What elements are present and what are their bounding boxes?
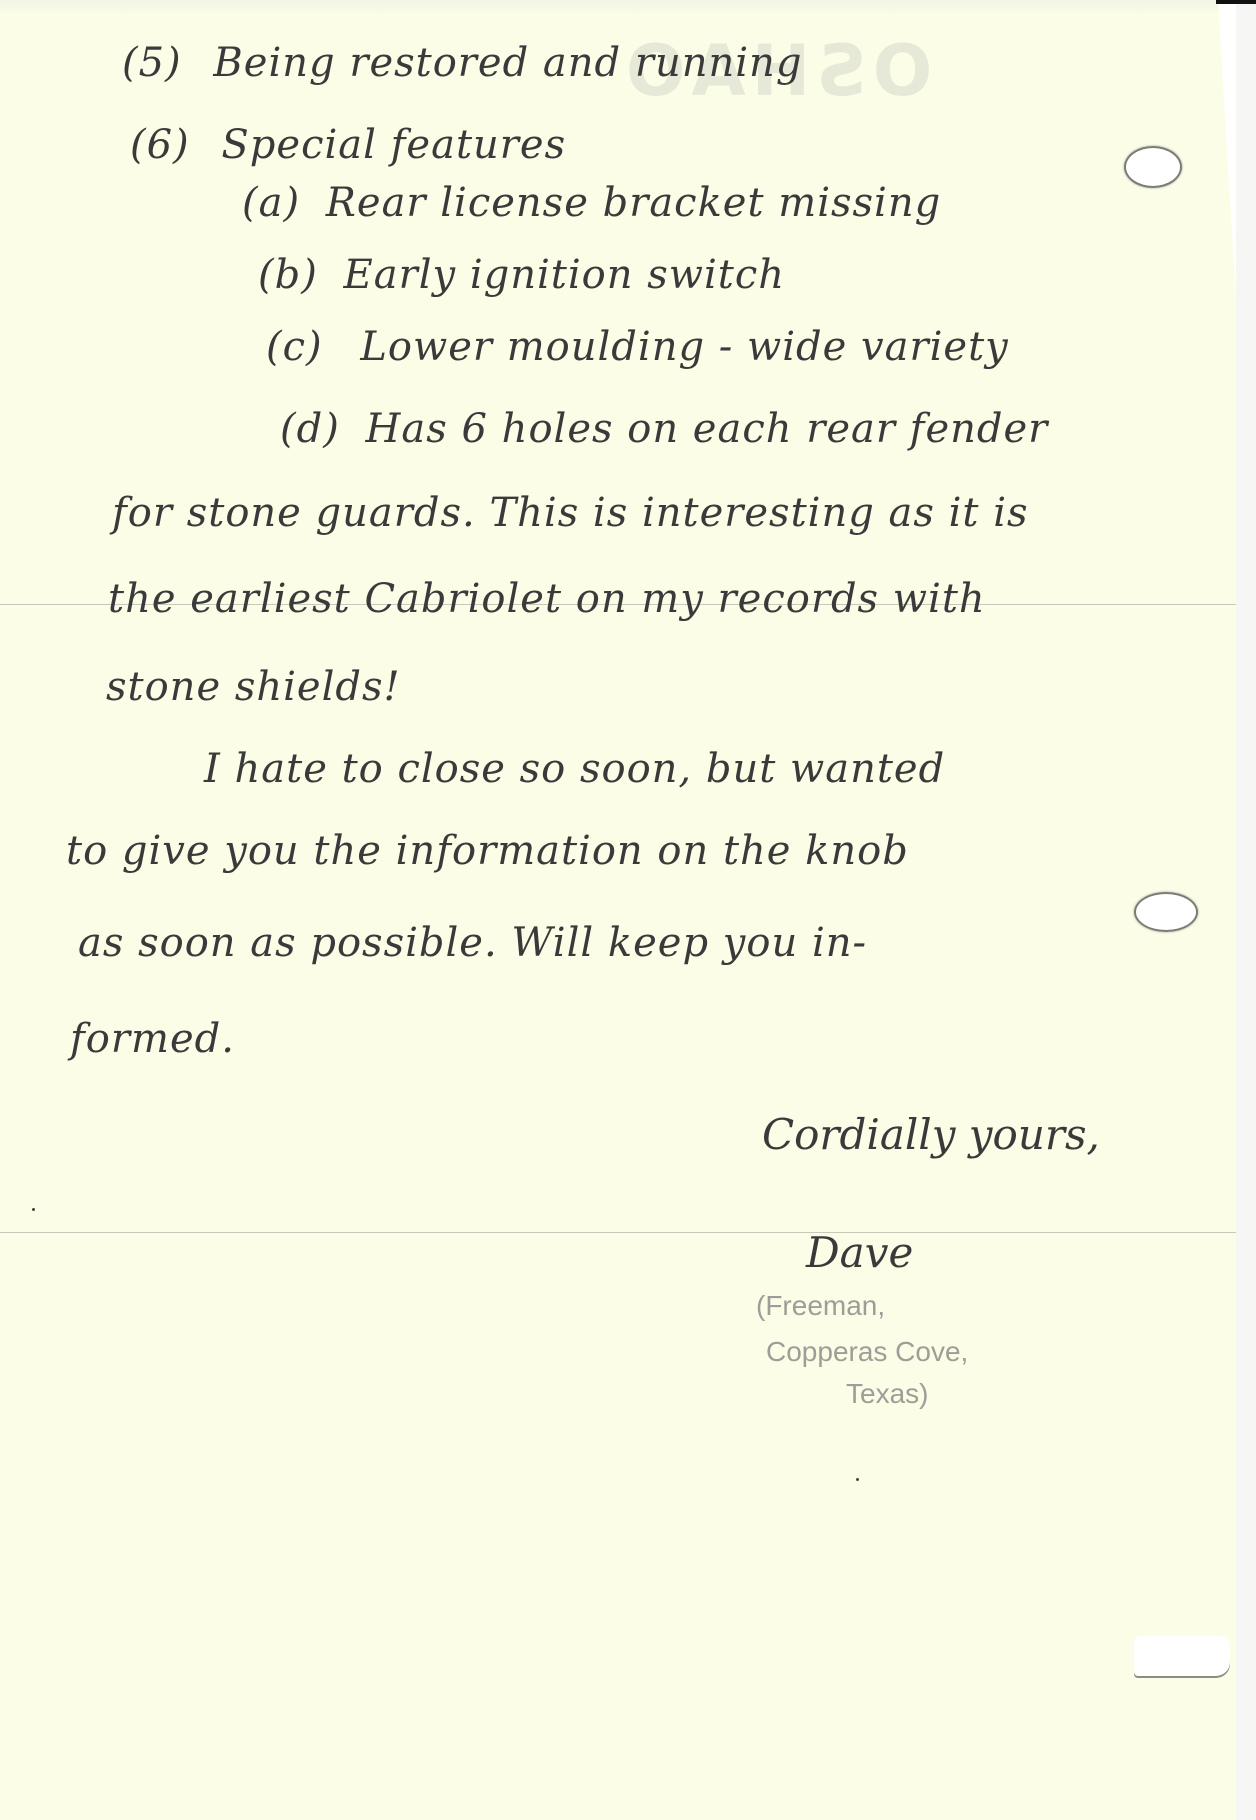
sub-marker: (c) — [266, 324, 323, 370]
sub-text: Lower moulding - wide variety — [360, 324, 1008, 370]
list-text: Being restored and running — [213, 40, 802, 86]
list-marker: (6) — [130, 122, 190, 168]
ink-speck — [32, 1208, 35, 1211]
body-line-6: as soon as possible. Will keep you in- — [78, 920, 867, 966]
body-line-5: to give you the information on the knob — [66, 828, 909, 874]
body-line-4: I hate to close so soon, but wanted — [204, 746, 945, 792]
sub-text: Rear license bracket missing — [326, 180, 941, 226]
list-item-5: (5) Being restored and running — [122, 40, 802, 86]
punch-hole-bottom-torn — [1134, 1636, 1230, 1678]
annotation-state: Texas) — [846, 1378, 928, 1410]
scanner-background-edge — [1236, 0, 1256, 1820]
sub-item-a: (a) Rear license bracket missing — [242, 180, 941, 226]
sub-marker: (b) — [258, 252, 318, 298]
list-text: Special features — [221, 122, 566, 168]
body-line-3: stone shields! — [106, 664, 401, 710]
sub-marker: (d) — [280, 406, 340, 452]
body-line-1: for stone guards. This is interesting as… — [112, 490, 1029, 536]
fold-line-lower — [0, 1232, 1236, 1233]
sub-item-c: (c) Lower moulding - wide variety — [266, 324, 1009, 370]
punch-hole-top — [1124, 146, 1182, 188]
list-item-6: (6) Special features — [130, 122, 566, 168]
sub-text: Early ignition switch — [344, 252, 785, 298]
ink-speck — [856, 1478, 859, 1481]
annotation-name: (Freeman, — [756, 1290, 885, 1322]
letter-page: OSHAO (5) Being restored and running (6)… — [0, 0, 1236, 1820]
punch-hole-middle — [1134, 892, 1198, 932]
sub-marker: (a) — [242, 180, 300, 226]
paper-top-edge — [0, 0, 1236, 14]
body-line-7: formed. — [70, 1016, 235, 1062]
scan-corner-artifact — [1216, 0, 1256, 4]
sub-item-d: (d) Has 6 holes on each rear fender — [280, 406, 1048, 452]
list-marker: (5) — [122, 40, 182, 86]
closing-salutation: Cordially yours, — [762, 1110, 1100, 1159]
sub-text: Has 6 holes on each rear fender — [366, 406, 1049, 452]
annotation-city: Copperas Cove, — [766, 1336, 968, 1368]
signature: Dave — [806, 1228, 913, 1277]
body-line-2: the earliest Cabriolet on my records wit… — [108, 576, 986, 622]
sub-item-b: (b) Early ignition switch — [258, 252, 785, 298]
